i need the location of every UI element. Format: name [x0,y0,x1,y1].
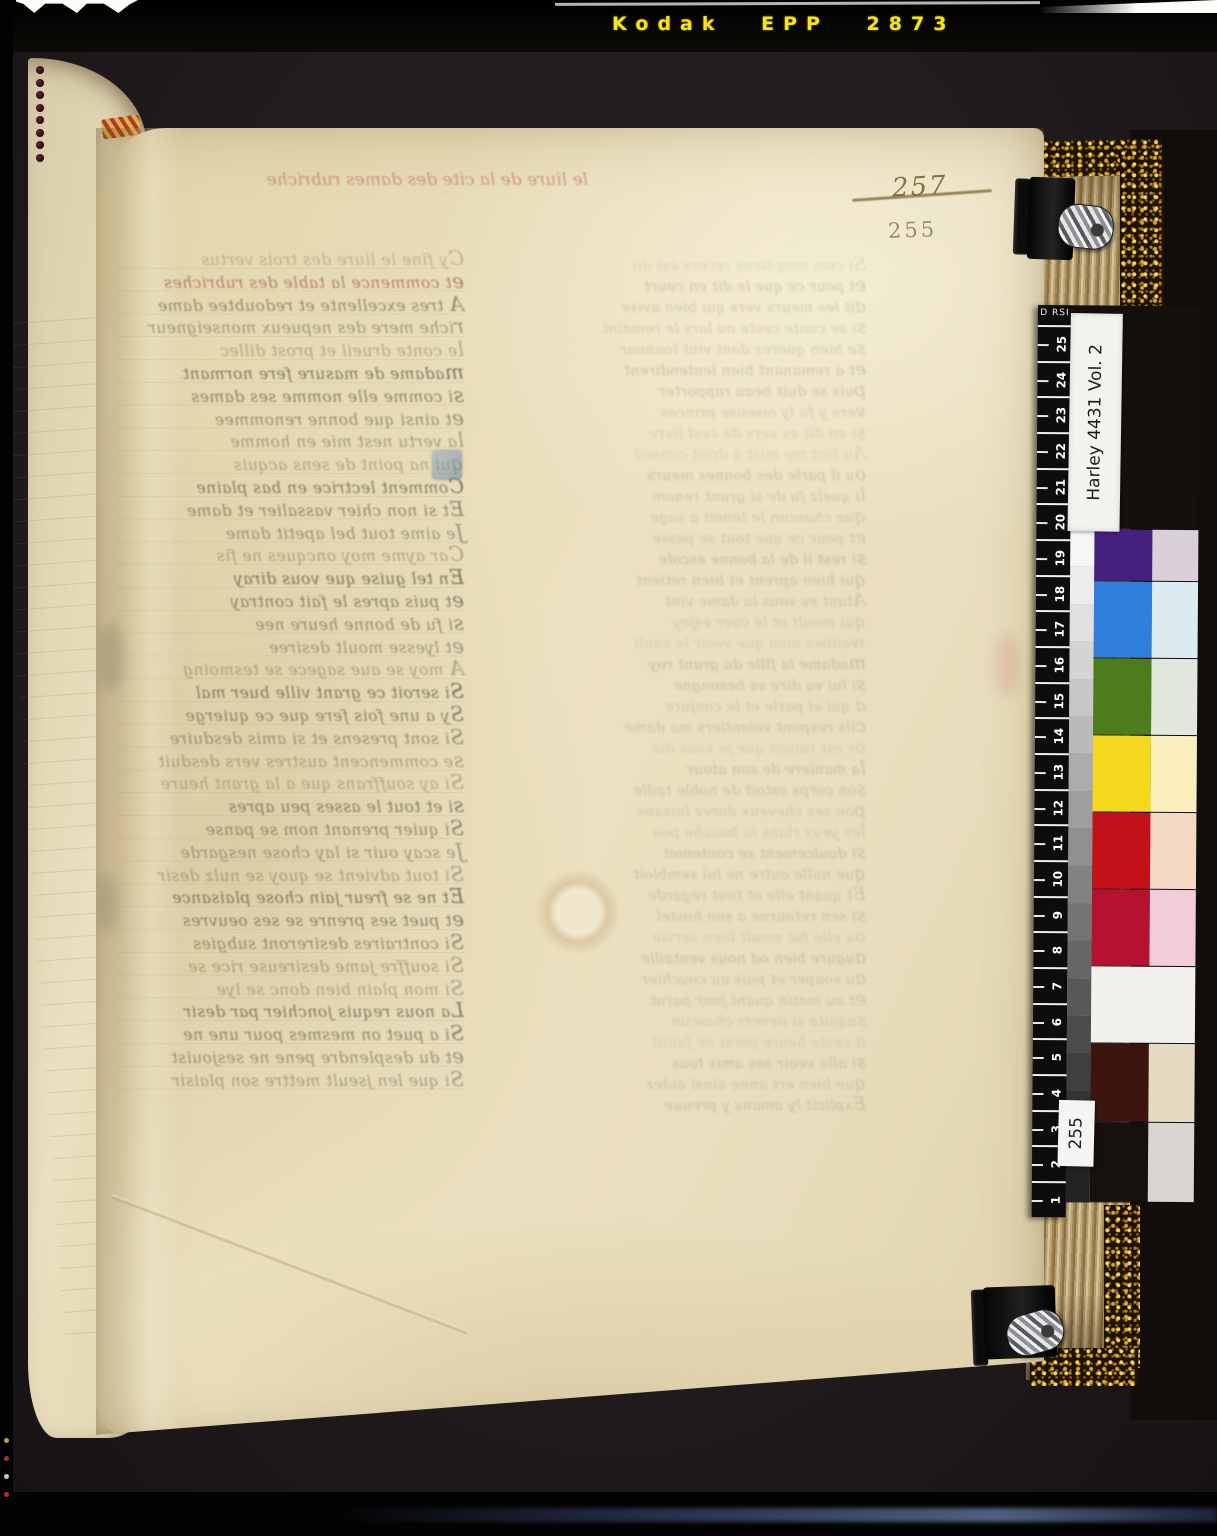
showthrough-line: Et ne se freur jain chose plaisance [116,884,464,907]
ruler-number: 12 [1051,798,1065,818]
ruler-number: 20 [1053,512,1067,532]
film-notches [16,0,138,13]
showthrough-line: se commencent austres vers desduit [116,748,464,771]
showthrough-line: si fu de bonne heure nee [116,611,464,634]
sewing-dots [36,66,48,166]
showthrough-initial: q [854,1073,866,1094]
gray-step [1068,791,1092,829]
showthrough-line: que nulle autre ne lui sembloit [464,863,866,884]
sewing-dot [36,141,44,149]
patch-main [1091,889,1150,965]
showthrough-initial: E [852,884,866,905]
ruler-number: 6 [1050,1012,1064,1032]
ruler-top-label: D RSI [1038,308,1072,318]
ruler-number: 5 [1050,1047,1064,1067]
ruler-cell: 1 [1032,1181,1066,1217]
film-edge-speck [4,1492,9,1497]
ruler-half-tick [1036,629,1047,631]
showthrough-line: cils respont volentiers ma dame [464,716,866,737]
ruler-half-tick [1037,451,1048,453]
showthrough-line: Car ayme moy oncques ne fis [116,542,464,565]
gray-step [1066,1165,1090,1203]
stain-smudge-1 [98,623,124,693]
gray-step [1070,529,1094,567]
patch-main [1079,966,1196,1043]
ruler-cell: 10 [1034,860,1068,896]
rubric-showthrough: le liure de la cite des dames rubriche [178,170,588,190]
gray-step [1067,978,1091,1016]
stain-smudge-2 [96,873,118,933]
showthrough-initial: e [452,1044,464,1068]
patch-pastel [1148,1044,1195,1122]
showthrough-initial: c [855,716,866,737]
patch-pastel [1151,659,1198,735]
ruler-cell: 6 [1033,1003,1067,1039]
showthrough-line: les yeux rians la bouche pou [464,821,866,842]
showthrough-initial: E [852,1094,866,1115]
showthrough-line: et au matin quant jour parut [464,989,866,1010]
showthrough-initial: s [856,548,866,569]
gray-step [1068,903,1092,941]
showthrough-initial: e [452,406,464,430]
showthrough-initial: S [853,254,866,275]
sewing-dot [36,104,44,112]
shelfmark-label: Harley 4431 Vol. 2 [1067,313,1122,532]
ruler-half-tick [1032,1164,1043,1166]
ruler-half-tick [1036,594,1047,596]
showthrough-initial: o [855,737,866,758]
showthrough-line: riche mere des nepueux monseigneur [116,314,464,337]
showthrough-line: Si ay souffrans que a la grant heure [116,770,464,793]
showthrough-initial: s [856,317,866,338]
showthrough-initial: e [855,359,866,380]
gray-step [1069,641,1093,679]
ruler-half-tick [1037,487,1048,489]
showthrough-initial: s [856,1010,866,1031]
gray-step [1067,1052,1091,1090]
patch-pastel [1152,530,1198,581]
color-bar: D RSI 2524232221201918171615141312111098… [1032,305,1202,1218]
showthrough-line: or est raison que je vous die [464,737,866,758]
showthrough-initial: s [856,674,866,695]
showthrough-line: Si mon plain bien donc se lye [116,976,464,999]
showthrough-line: au souper et puis au couchier [464,968,866,989]
ruler-number: 22 [1054,441,1068,461]
sewing-dot [36,79,44,87]
ruler-cell: 23 [1037,396,1071,432]
showthrough-line: qui bien aprent et bien retient [464,569,866,590]
showthrough-initial: l [860,758,866,779]
showthrough-initial: a [855,947,866,968]
ruler-half-tick [1035,772,1046,774]
ruler-cell: 13 [1035,753,1069,789]
showthrough-initial: q [854,611,866,632]
patch-pastel [1148,1123,1195,1202]
showthrough-line: li quelz fu de si grant renom [464,485,866,506]
showthrough-line: si rest il de la bonne escole [464,548,866,569]
film-edge-speck [4,1438,9,1443]
sewing-dot [36,129,44,137]
showthrough-initial: e [855,527,866,548]
folio-label: 255 [1057,1100,1095,1167]
gray-step [1068,866,1092,904]
showthrough-initial: a [855,695,866,716]
ruler-number: 21 [1054,477,1068,497]
illuminated-initial-showthrough [432,450,462,480]
showthrough-line: Si a puet on mesmes pour une ne [116,1021,464,1044]
ruler-half-tick [1032,1093,1043,1095]
showthrough-initial: l [457,428,464,452]
gray-step [1070,604,1094,642]
showthrough-initial: S [450,976,464,1000]
ruler-number: 10 [1051,869,1065,889]
ruler-number: 24 [1054,370,1068,390]
showthrough-initial: l [457,337,464,361]
showthrough-line: vers y fu ly oiseuse princes [464,401,866,422]
ruler-half-tick [1033,1057,1044,1059]
showthrough-line: et a remanant bien lentendirent [464,359,866,380]
showthrough-initial: m [848,653,866,674]
showthrough-initial: L [450,998,464,1022]
showthrough-initial: e [452,588,464,612]
showthrough-initial: J [455,839,464,863]
showthrough-initial: e [452,907,464,931]
showthrough-initial: S [450,1067,464,1091]
stain-blotch [532,866,624,958]
showthrough-line: A tres excellente et redoubtee dame [116,292,464,315]
showthrough-line: A moy se aue sagece se tesmoing [116,656,464,679]
ruler-cell: 19 [1036,539,1070,575]
showthrough-line: puis se duit beau rapporter [464,380,866,401]
showthrough-line: Si com moy tiens recors est dit [464,254,866,275]
showthrough-initial: o [855,464,866,485]
showthrough-line: Cy fine le liure des trois vertus [116,246,464,269]
showthrough-line: Si tout advient se quoy se nulz desir [116,862,464,885]
sewing-dot [36,154,44,162]
showthrough-line: qui moult ot le cuer esjoy [464,611,866,632]
ruler-cell: 11 [1034,824,1068,860]
ruler-half-tick [1034,843,1045,845]
showthrough-line: si en dit es vers de cest livre [464,422,866,443]
showthrough-line: Si contraires desireront subgies [116,930,464,953]
showthrough-initial: E [449,565,464,589]
showthrough-initial: S [450,725,464,749]
ruler-half-tick [1038,344,1049,346]
ruler-half-tick [1036,522,1047,524]
showthrough-line: Je scay ouir si lay chose nesgarde [116,839,464,862]
sewing-dot [36,91,44,99]
showthrough-initial: S [450,702,464,726]
showthrough-line: si alla veoir ses amis tous [464,1052,866,1073]
ruler-half-tick [1033,950,1044,952]
gray-step [1068,828,1092,866]
ruler-half-tick [1036,558,1047,560]
showthrough-initial: l [860,821,866,842]
ruler-cell: 18 [1036,575,1070,611]
showthrough-line: si comme elle nomme ses dames [116,383,464,406]
ruler-cell: 14 [1035,717,1069,753]
showthrough-initial: a [855,968,866,989]
showthrough-initial: s [453,748,464,772]
ruler-number: 18 [1053,584,1067,604]
showthrough-initial: r [454,314,464,338]
patch-pastel [1150,813,1197,889]
showthrough-initial: a [855,296,866,317]
showthrough-initial: s [453,793,464,817]
showthrough-line: si doulcement se contenoit [464,842,866,863]
showthrough-line: ait les meurs vers qui bien avise [464,296,866,317]
showthrough-line: Si que len jseult mettre son plaisir [116,1067,464,1090]
showthrough-line: Comment lectrice en bas plaine [116,474,464,497]
showthrough-initial: s [856,1052,866,1073]
patch-main [1093,658,1152,734]
patch-main [1090,1122,1149,1201]
showthrough-initial: l [860,485,866,506]
shelfmark-text: Harley 4431 Vol. 2 [1084,344,1106,501]
ruler-half-tick [1035,736,1046,738]
ruler-number: 17 [1053,619,1067,639]
showthrough-initial: q [854,863,866,884]
showthrough-line: Si quier prenant nom se panse [116,816,464,839]
binder-clip-top [1013,176,1116,263]
showthrough-initial: A [449,292,464,316]
gray-step [1070,567,1094,605]
ruler-number: 13 [1052,762,1066,782]
ruler-cell: 25 [1038,325,1072,361]
stain-smudge-pink [994,633,1020,697]
showthrough-initial: S [450,930,464,954]
ruler-cell: 21 [1037,468,1071,504]
showthrough-line: son corps estoit de noble taille [464,779,866,800]
showthrough-line: a qui el parle et le conjure [464,695,866,716]
showthrough-initial: A [852,443,866,464]
ruler-cell: 22 [1037,432,1071,468]
showthrough-initial: S [450,770,464,794]
showthrough-line: La nous requis jonchier par desir [116,998,464,1021]
showthrough-initial: s [856,905,866,926]
film-left-edge [0,0,13,1536]
showthrough-line: Au fort me mist a droit conseil [464,443,866,464]
ruler-cell: 24 [1037,361,1071,397]
showthrough-line: Et quant elle ot tout regarde [464,884,866,905]
ruler-cell: 5 [1033,1038,1067,1074]
ruler-cell: 15 [1035,682,1069,718]
gray-step [1067,940,1091,978]
ruler-cell: 20 [1036,503,1070,539]
ruler-number: 7 [1050,976,1064,996]
ruler-number: 14 [1052,726,1066,746]
showthrough-initial: S [450,679,464,703]
ruler-number: 23 [1054,405,1068,425]
gray-step [1069,679,1093,717]
showthrough-initial: s [856,842,866,863]
showthrough-initial: E [449,497,464,521]
showthrough-line: se bien querez dont vint lounour [464,338,866,359]
showthrough-initial: C [448,246,464,270]
folio-label-text: 255 [1066,1117,1087,1150]
film-edge-speck [4,1456,9,1461]
ruler-cell: 17 [1036,610,1070,646]
showthrough-line: Je aime tout bel apetit dame [116,520,464,543]
showthrough-line: En tel guise que vous diray [116,565,464,588]
showthrough-line: et commence la table des rubriches [116,269,464,292]
showthrough-line: la maniere de son atour [464,758,866,779]
showthrough-initial: e [452,634,464,658]
showthrough-line: saquita si devers chascun [464,1010,866,1031]
showthrough-initial: q [854,569,866,590]
showthrough-initial: v [855,401,866,422]
sewing-dot [36,66,44,74]
showthrough-initial: p [854,380,866,401]
showthrough-initial: s [856,422,866,443]
gilt-edge-right-lower [1104,1205,1140,1368]
photograph-frame: le liure de la cite des dames rubriche 2… [0,0,1217,1536]
ruler-half-tick [1034,808,1045,810]
showthrough-initial: q [854,506,866,527]
gray-step [1067,1015,1091,1053]
ruler-half-tick [1034,879,1045,881]
showthrough-initial: m [444,360,464,384]
sewing-dot [36,116,44,124]
showthrough-initial: s [453,383,464,407]
film-top-band [0,0,1217,52]
showthrough-line: et puet ses prenre se ses oeuvres [116,907,464,930]
patch-main [1092,812,1151,888]
showthrough-initial: a [855,1031,866,1052]
ruler-number: 15 [1052,691,1066,711]
film-edge-speck [4,1474,9,1479]
showthrough-initial: A [852,590,866,611]
showthrough-initial: p [854,800,866,821]
showthrough-initial: S [450,816,464,840]
ruler-half-tick [1037,415,1048,417]
ruler-half-tick [1033,1022,1044,1024]
showthrough-initial: e [855,275,866,296]
showthrough-initial: C [448,542,464,566]
showthrough-initial: S [450,953,464,977]
showthrough-line: et puis apres le fait contray [116,588,464,611]
ruler-half-tick [1032,1129,1043,1131]
showthrough-line: weilliez nom que veoir le vault [464,632,866,653]
kodak-film-label: Kodak EPP 2873 [612,13,955,35]
ruler-half-tick [1034,915,1045,917]
showthrough-initial: J [455,520,464,544]
showthrough-line: le conte drueil et prost dillec [116,337,464,360]
showthrough-line: pou ses cheveux dorez luisans [464,800,866,821]
showthrough-line: Si seroit ce grant ville buer mal [116,679,464,702]
gray-step [1069,753,1093,791]
showthrough-line: Si souffre jame desireuse rice se [116,953,464,976]
showthrough-line: et pour ce que tout se passe [464,527,866,548]
ruler-half-tick [1035,665,1046,667]
ruler-number: 8 [1050,940,1064,960]
patch-pastel [1150,736,1197,812]
showthrough-initial: S [450,862,464,886]
showthrough-line: et pour ce que le dit en court [464,275,866,296]
ruler-half-tick [1035,701,1046,703]
patch-main [1094,581,1153,657]
ruler-cell: 16 [1035,646,1069,682]
showthrough-line: et lyesse moult desiree [116,634,464,657]
gray-step [1069,716,1093,754]
showthrough-line: et ainsi que bonne renommee [116,406,464,429]
ruler-number: 25 [1055,334,1069,354]
showthrough-line: que chascun le tenoit a sage [464,506,866,527]
patch-pastel [1149,890,1196,966]
ruler-number: 9 [1051,905,1065,925]
patch-pastel [1152,582,1199,658]
showthrough-initial: s [453,611,464,635]
showthrough-line: si lui va dire sa besongne [464,674,866,695]
showthrough-line: madame la fille du grant roy [464,653,866,674]
patch-main [1094,529,1152,580]
ruler-number: 11 [1051,833,1065,853]
showthrough-initial: E [449,884,464,908]
ruler-number: 1 [1049,1190,1063,1210]
showthrough-line: si et tout le asses peu apres [116,793,464,816]
ruler-half-tick [1033,986,1044,988]
showthrough-line: qui na point de sens acquis [116,451,464,474]
showthrough-initial: e [855,989,866,1010]
showthrough-line: Et si non chier vassalier et dame [116,497,464,520]
showthrough-initial: o [855,926,866,947]
film-blue-streak [330,1508,1217,1522]
showthrough-line: que bien ert anne ainsi aidez [464,1073,866,1094]
showthrough-line: ou il parle des bonnes meurs [464,464,866,485]
showthrough-column-right: Si com moy tiens recors est ditet pour c… [464,254,866,1118]
showthrough-column-left: Cy fine le liure des trois vertuset comm… [116,246,464,1092]
showthrough-initial: S [450,1021,464,1045]
ruler-cell: 7 [1033,967,1067,1003]
showthrough-initial: e [452,269,464,293]
showthrough-initial: w [850,632,866,653]
ruler-number: 16 [1052,655,1066,675]
showthrough-line: si sen retourne a son hostel [464,905,866,926]
patch-main [1090,1043,1149,1121]
showthrough-line: madame de masure fere normant [116,360,464,383]
ruler-half-tick [1032,1200,1043,1202]
showthrough-line: si se conte ceste ou lors le remaint [464,317,866,338]
showthrough-line: et du desplendre pene ne sesjouist [116,1044,464,1067]
showthrough-initial: A [449,656,464,680]
showthrough-line: Sy a une fois fere que ce quierge [116,702,464,725]
folio-number-new: 255 [888,217,938,243]
ruler-cell: 9 [1034,896,1068,932]
showthrough-line: augure bien od nous ventaille [464,947,866,968]
ruler-cell: 8 [1033,931,1067,967]
showthrough-initial: s [856,338,866,359]
ruler-cell: 12 [1034,789,1068,825]
manuscript-page: le liure de la cite des dames rubriche 2… [96,128,1044,1440]
binder-clip-bottom [971,1284,1084,1364]
showthrough-line: ou elle fut moult bien servie [464,926,866,947]
showthrough-line: Explicit ly amans y preuue [464,1094,866,1115]
showthrough-initial: s [856,779,866,800]
showthrough-line: Atant es vous la dame vint [464,590,866,611]
ruler-half-tick [1037,379,1048,381]
showthrough-line: Si sont presens et si amis desduire [116,725,464,748]
showthrough-line: la vertu nest mie en homme [116,428,464,451]
showthrough-line: a ceste heure point ne faillit [464,1031,866,1052]
patch-main [1092,735,1151,811]
ruler-number: 19 [1053,548,1067,568]
gilt-edge-right-upper [1120,150,1164,318]
